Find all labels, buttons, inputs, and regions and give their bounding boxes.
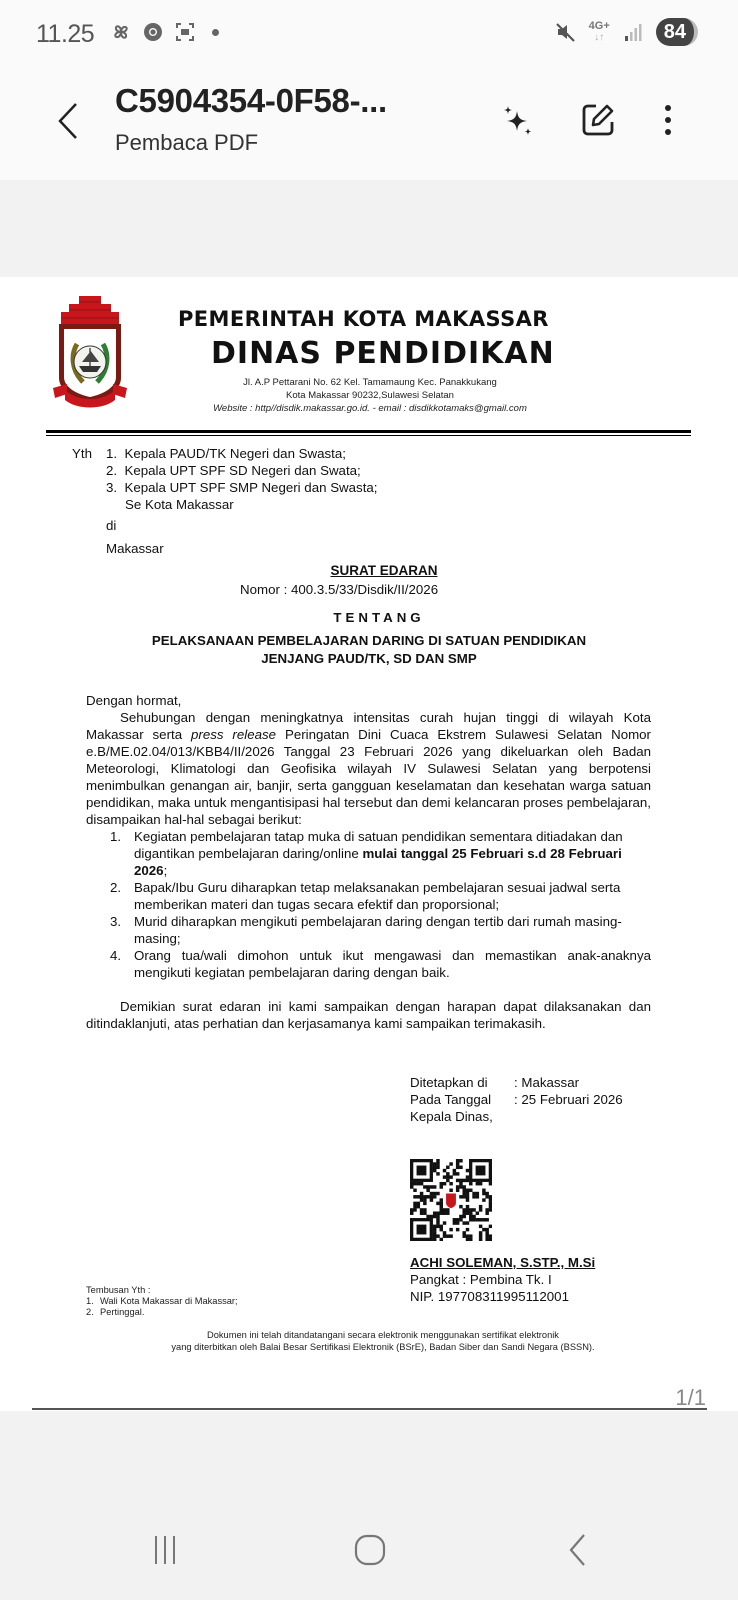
page-bottom-edge — [32, 1408, 707, 1410]
chrome-icon — [142, 20, 164, 44]
about-label: TENTANG — [0, 610, 738, 625]
ai-assist-button[interactable] — [498, 98, 538, 142]
more-options-icon — [662, 102, 674, 138]
document-title: C5904354-0F58-... — [115, 82, 387, 120]
back-button[interactable] — [50, 96, 90, 146]
battery-icon: 84 — [656, 18, 698, 46]
makassar-emblem-logo — [47, 290, 133, 412]
status-bar: 11.25 4G+↓↑ 84 — [0, 0, 738, 70]
status-right-icons: 4G+↓↑ 84 — [555, 18, 698, 46]
app-bar: C5904354-0F58-... Pembaca PDF — [0, 70, 738, 180]
recent-apps-button[interactable] — [135, 1528, 195, 1572]
recipient-item: 3. Kepala UPT SPF SMP Negeri dan Swasta; — [106, 479, 426, 496]
circular-title: SURAT EDARAN — [0, 563, 738, 578]
viewer-background — [0, 180, 738, 277]
recipients-list: 1. Kepala PAUD/TK Negeri dan Swasta;2. K… — [106, 445, 426, 513]
app-subtitle: Pembaca PDF — [115, 130, 258, 156]
signer-details: ACHI SOLEMAN, S.STP., M.Si Pangkat : Pem… — [410, 1254, 595, 1305]
greeting: Dengan hormat, — [86, 692, 651, 709]
letterhead-address: Jl. A.P Pettarani No. 62 Kel. Tamamaung … — [150, 376, 590, 415]
instruction-list: 1.Kegiatan pembelajaran tatap muka di sa… — [110, 828, 651, 981]
signature-qr-code — [410, 1159, 492, 1241]
copy-recipient-item: 1.Wali Kota Makassar di Makassar; — [86, 1296, 238, 1307]
e-signature-note: Dokumen ini telah ditandatangani secara … — [0, 1329, 738, 1353]
recipient-place: Makassar — [106, 540, 164, 557]
circular-subject: PELAKSANAAN PEMBELAJARAN DARING DI SATUA… — [0, 632, 738, 668]
mute-icon — [555, 20, 577, 44]
status-left-icons — [110, 20, 219, 44]
edit-button[interactable] — [578, 98, 618, 142]
letterhead-agency: DINAS PENDIDIKAN — [211, 336, 555, 371]
instruction-item: 3.Murid diharapkan mengikuti pembelajara… — [110, 913, 651, 947]
recipient-item: 1. Kepala PAUD/TK Negeri dan Swasta; — [106, 445, 426, 462]
more-options-button[interactable] — [648, 98, 688, 142]
pdf-page[interactable]: PEMERINTAH KOTA MAKASSAR DINAS PENDIDIKA… — [0, 277, 738, 1411]
pinwheel-icon — [110, 20, 132, 44]
home-button[interactable] — [340, 1528, 400, 1572]
copy-recipient-item: 2.Pertinggal. — [86, 1307, 238, 1318]
signer-rank: Pangkat : Pembina Tk. I — [410, 1271, 595, 1288]
recipient-di: di — [106, 517, 116, 534]
navigation-bar — [0, 1510, 738, 1600]
signal-icon — [622, 20, 644, 44]
instruction-item: 4.Orang tua/wali dimohon untuk ikut meng… — [110, 947, 651, 981]
signer-nip: NIP. 197708311995112001 — [410, 1288, 595, 1305]
recent-apps-icon — [150, 1534, 180, 1566]
recipient-item: 2. Kepala UPT SPF SD Negeri dan Swata; — [106, 462, 426, 479]
letterhead-divider-thin — [46, 435, 691, 436]
chevron-left-icon — [50, 96, 90, 146]
signer-name: ACHI SOLEMAN, S.STP., M.Si — [410, 1254, 595, 1271]
copies-block: Tembusan Yth : 1.Wali Kota Makassar di M… — [86, 1285, 238, 1318]
system-back-button[interactable] — [548, 1528, 608, 1572]
back-icon — [566, 1533, 590, 1567]
notification-dot-icon — [212, 29, 219, 36]
ai-sparkle-icon — [500, 102, 536, 138]
signature-block: Ditetapkan di: Makassar Pada Tanggal: 25… — [410, 1074, 640, 1125]
edit-icon — [579, 101, 617, 139]
recipients-label: Yth — [72, 445, 92, 462]
network-4g-icon: 4G+↓↑ — [589, 21, 610, 43]
letterhead-divider — [46, 430, 691, 434]
letterhead-government: PEMERINTAH KOTA MAKASSAR — [178, 307, 549, 331]
circular-number: Nomor : 400.3.5/33/Disdik/II/2026 — [240, 581, 438, 598]
recipient-scope: Se Kota Makassar — [106, 496, 426, 513]
instruction-item: 2.Bapak/Ibu Guru diharapkan tetap melaks… — [110, 879, 651, 913]
closing-paragraph: Demikian surat edaran ini kami sampaikan… — [86, 998, 651, 1032]
status-time: 11.25 — [36, 20, 94, 49]
intro-paragraph: Sehubungan dengan meningkatnya intensita… — [86, 709, 651, 828]
screenshot-icon — [174, 20, 196, 44]
instruction-item: 1.Kegiatan pembelajaran tatap muka di sa… — [110, 828, 651, 879]
home-icon — [353, 1533, 387, 1567]
letter-body: Dengan hormat, Sehubungan dengan meningk… — [86, 692, 651, 1032]
